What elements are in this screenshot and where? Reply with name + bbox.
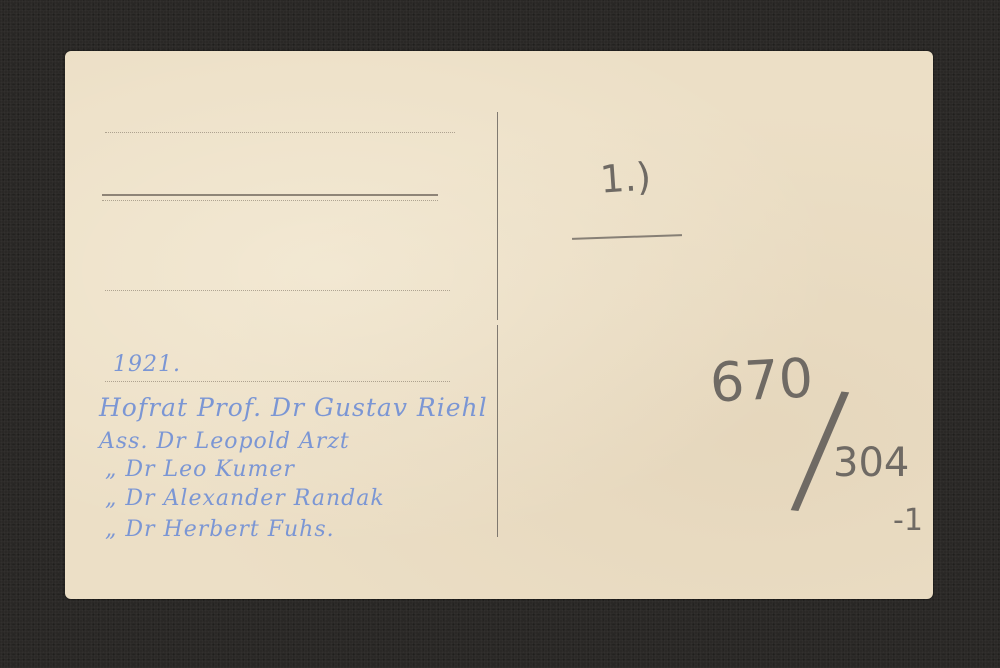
item-number: 1.) [599,157,653,198]
catalog-suffix: -1 [893,506,923,536]
note-line-2: Ass. Dr Leopold Arzt [99,431,350,453]
note-line-4: „ Dr Alexander Randak [105,488,385,510]
catalog-number-bottom: 304 [833,443,909,483]
address-line-2 [102,200,438,201]
postcard-back: 1.) 670 / 304 -1 1921. Hofrat Prof. Dr G… [65,51,933,599]
address-line-3 [105,290,450,291]
divider-line-upper [497,112,498,320]
catalog-number-top: 670 [709,351,815,410]
address-line-solid [102,194,438,196]
address-line-1 [105,132,455,133]
divider-line-lower [497,325,498,537]
note-line-1: Hofrat Prof. Dr Gustav Riehl [99,395,488,420]
item-number-underline [572,234,682,240]
note-year: 1921. [113,354,181,376]
note-line-5: „ Dr Herbert Fuhs. [105,519,335,541]
note-line-3: „ Dr Leo Kumer [105,459,295,481]
address-line-4 [105,381,450,382]
